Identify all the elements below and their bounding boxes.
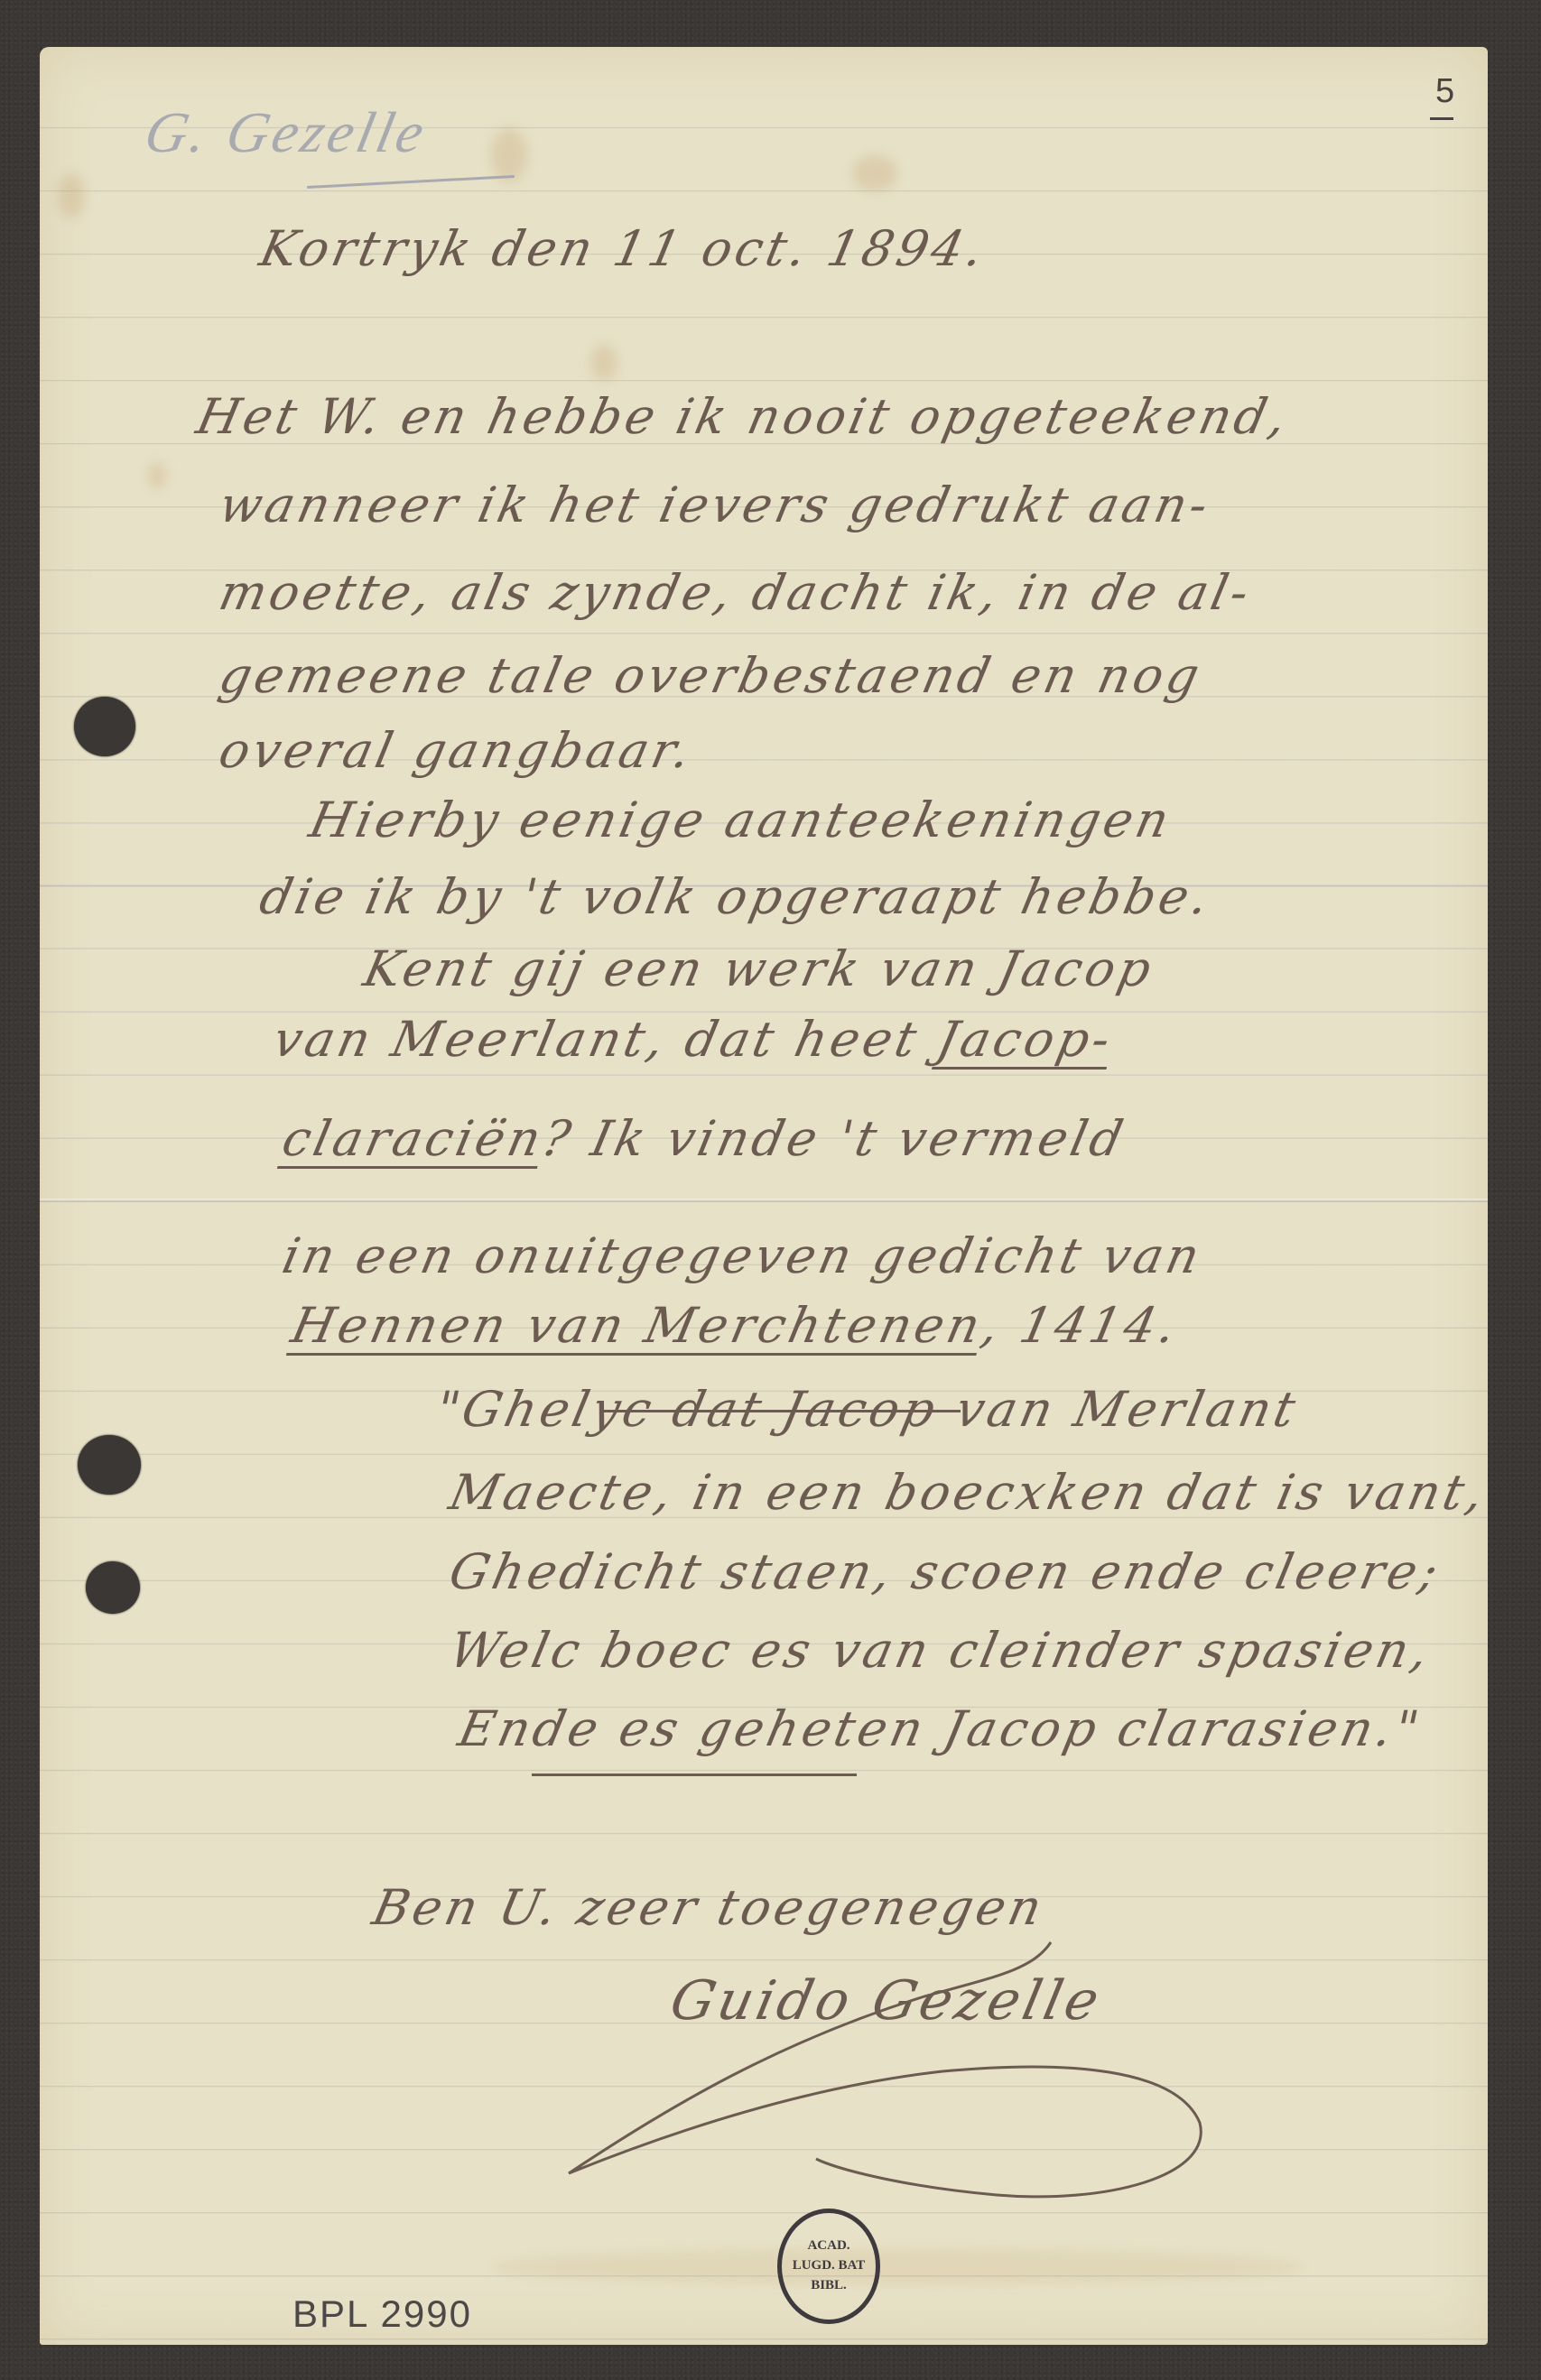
stamp-line: ACAD. bbox=[807, 2236, 849, 2256]
punch-hole bbox=[86, 1561, 140, 1614]
signature-flourish bbox=[40, 47, 1488, 2345]
letter-paper: 5 G. Gezelle Kortryk den 11 oct. 1894. H… bbox=[40, 47, 1488, 2345]
stamp-line: BIBL. bbox=[811, 2276, 847, 2296]
library-stamp: ACAD. LUGD. BAT BIBL. bbox=[777, 2209, 880, 2324]
punch-hole bbox=[74, 697, 135, 756]
punch-hole bbox=[78, 1435, 141, 1495]
shelfmark: BPL 2990 bbox=[292, 2292, 472, 2336]
stamp-line: LUGD. BAT bbox=[793, 2256, 866, 2276]
